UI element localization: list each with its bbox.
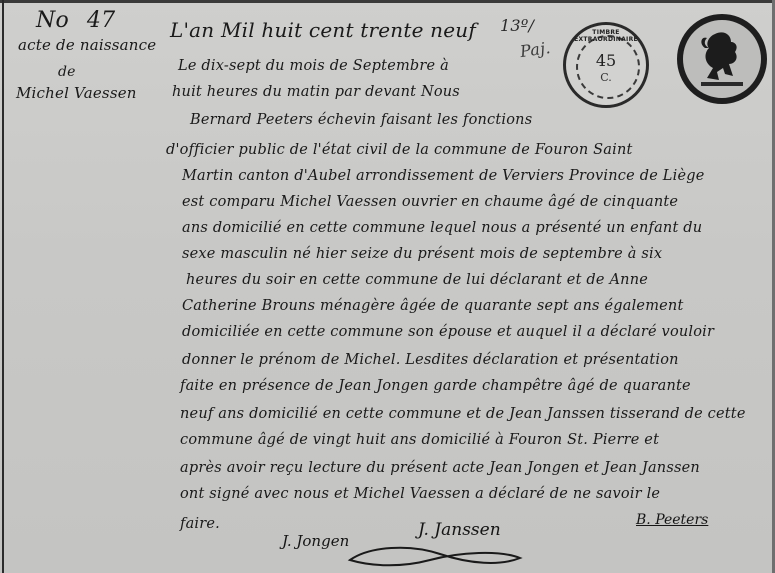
body-line-8: ans domicilié en cette commune lequel no… bbox=[182, 220, 702, 236]
record-number: No47 bbox=[36, 8, 115, 33]
body-line-4: Bernard Peeters échevin faisant les fonc… bbox=[190, 112, 532, 128]
margin-child-name: Michel Vaessen bbox=[16, 84, 137, 102]
body-line-18: ont signé avec nous et Michel Vaessen a … bbox=[180, 486, 660, 502]
stamp-unit: C. bbox=[566, 71, 646, 84]
body-line-13: donner le prénom de Michel. Lesdites déc… bbox=[182, 352, 679, 368]
document-page: No47 acte de naissance de Michel Vaessen… bbox=[0, 0, 775, 573]
body-line-9: sexe masculin né hier seize du présent m… bbox=[182, 246, 662, 262]
signature-flourish-icon bbox=[340, 540, 540, 570]
margin-title-line-1: acte de naissance bbox=[18, 36, 156, 54]
page-top-edge bbox=[0, 0, 775, 3]
signature-janssen: J. Janssen bbox=[418, 520, 501, 540]
folio-mark: Paj. bbox=[519, 38, 552, 61]
body-line-5: d'officier public de l'état civil de la … bbox=[166, 142, 633, 158]
body-line-12: domiciliée en cette commune son épouse e… bbox=[182, 324, 714, 340]
body-line-1: L'an Mil huit cent trente neuf bbox=[170, 18, 476, 42]
margin-title-line-2: de bbox=[58, 64, 76, 80]
lion-icon bbox=[695, 28, 749, 90]
stamp-arc-text: TIMBRE EXTRAORDINAIRE bbox=[566, 29, 646, 43]
body-line-7: est comparu Michel Vaessen ouvrier en ch… bbox=[182, 194, 678, 210]
body-line-15: neuf ans domicilié en cette commune et d… bbox=[180, 406, 746, 422]
stamp-value: 45 bbox=[566, 51, 646, 70]
body-line-16: commune âgé de vingt huit ans domicilié … bbox=[180, 432, 659, 448]
body-line-6: Martin canton d'Aubel arrondissement de … bbox=[182, 168, 705, 184]
body-line-17: après avoir reçu lecture du présent acte… bbox=[180, 460, 700, 476]
page-left-border bbox=[2, 0, 4, 573]
record-number-value: 47 bbox=[87, 8, 115, 33]
body-line-3: huit heures du matin par devant Nous bbox=[172, 84, 460, 100]
body-line-11: Catherine Brouns ménagère âgée de quaran… bbox=[182, 298, 684, 314]
lion-seal bbox=[677, 14, 767, 104]
body-line-14: faite en présence de Jean Jongen garde c… bbox=[180, 378, 691, 394]
record-number-label: No bbox=[36, 8, 69, 33]
tax-stamp: TIMBRE EXTRAORDINAIRE 45 C. bbox=[563, 22, 649, 108]
body-line-19: faire. bbox=[180, 516, 220, 532]
folio-number: 13º/ bbox=[500, 16, 534, 35]
body-line-10: heures du soir en cette commune de lui d… bbox=[186, 272, 648, 288]
signature-peeters: B. Peeters bbox=[636, 512, 708, 528]
body-line-2: Le dix-sept du mois de Septembre à bbox=[178, 58, 449, 74]
